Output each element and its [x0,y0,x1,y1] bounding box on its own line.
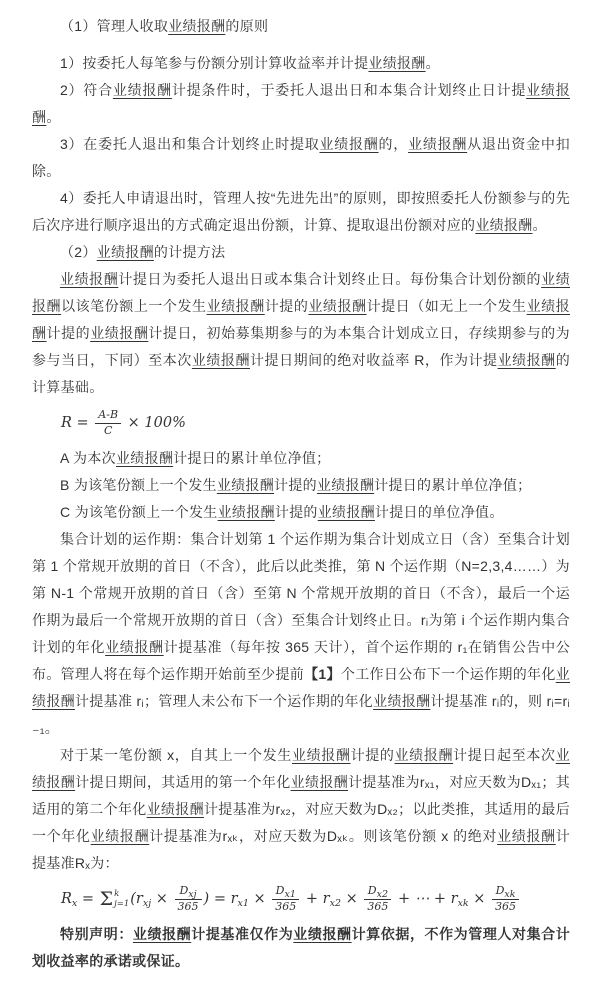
special-statement: 特别声明：业绩报酬计提基准仅作为业绩报酬计算依据，不作为管理人对集合计划收益率的… [32,921,570,975]
definition-A: A 为本次业绩报酬计提日的累计单位净值； [32,445,570,472]
principle-item-4: 4）委托人申请退出时，管理人按“先进先出”的原则，即按照委托人份额参与的先后次序… [32,185,570,239]
share-benchmark-paragraph: 对于某一笔份额 x，自其上一个发生业绩报酬计提的业绩报酬计提日起至本次业绩报酬计… [32,742,570,877]
principle-item-2: 2）符合业绩报酬计提条件时，于委托人退出日和本集合计划终止日计提业绩报酬。 [32,77,570,131]
document-page: （1）管理人收取业绩报酬的原则 1）按委托人每笔参与份额分别计算收益率并计提业绩… [0,0,602,983]
section-heading-principles: （1）管理人收取业绩报酬的原则 [32,13,570,40]
accrual-date-paragraph: 业绩报酬计提日为委托人退出日或本集合计划终止日。每份集合计划份额的业绩报酬以该笔… [32,266,570,401]
operation-period-paragraph: 集合计划的运作期：集合计划第 1 个运作期为集合计划成立日（含）至集合计划第 1… [32,526,570,742]
definition-B: B 为该笔份额上一个发生业绩报酬计提的业绩报酬计提日的累计单位净值； [32,472,570,499]
benchmark-sum-formula: Rx = Σkj=1(rxj × Dxj365) = rx1 × Dx1365 … [32,884,570,914]
definition-C: C 为该笔份额上一个发生业绩报酬计提的业绩报酬计提日的单位净值。 [32,499,570,526]
principle-item-1: 1）按委托人每笔参与份额分别计算收益率并计提业绩报酬。 [32,50,570,77]
return-rate-formula: R = A-BC × 100% [32,408,570,438]
section-heading-method: （2）业绩报酬的计提方法 [32,239,570,266]
principle-item-3: 3）在委托人退出和集合计划终止时提取业绩报酬的，业绩报酬从退出资金中扣除。 [32,131,570,185]
